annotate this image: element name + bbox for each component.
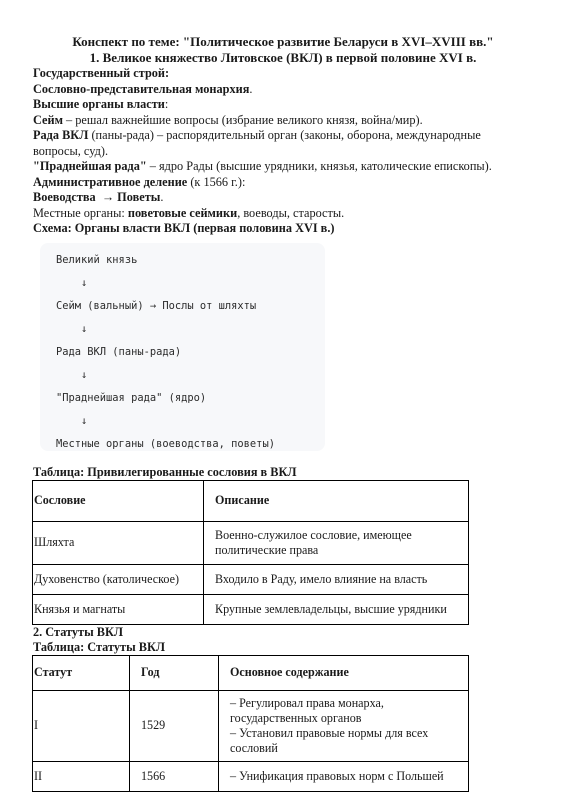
table-cell: – Регулировал права монарха, государстве…	[219, 690, 469, 761]
voev-line: Воеводства → Поветы.	[33, 190, 533, 206]
arrow-down-icon: ↓	[56, 410, 325, 433]
admin-note: (к 1566 г.):	[187, 175, 245, 189]
pradn-line: "Праднейшая рада" – ядро Рады (высшие ур…	[33, 159, 533, 175]
scheme-line: "Праднейшая рада" (ядро)	[56, 387, 325, 410]
table2-caption: Таблица: Статуты ВКЛ	[33, 640, 533, 655]
statutes-table: Статут Год Основное содержание I 1529 – …	[32, 655, 469, 792]
scheme-line: Местные органы (воеводства, поветы)	[56, 433, 325, 456]
higher-organs-line: Высшие органы власти:	[33, 97, 533, 113]
state-system-value: Сословно-представительная монархия	[33, 82, 249, 96]
table-header: Статут	[33, 655, 130, 690]
section-2-title: 2. Статуты ВКЛ	[33, 625, 533, 640]
arrow-down-icon: ↓	[56, 364, 325, 387]
scheme-line: Рада ВКЛ (паны-рада)	[56, 341, 325, 364]
local-organs-bold: поветовые сеймики	[128, 206, 237, 220]
table-cell: Военно-служилое сословие, имеющее полити…	[204, 521, 469, 564]
estates-table: Сословие Описание Шляхта Военно-служилое…	[32, 480, 469, 625]
arrow-down-icon: ↓	[56, 272, 325, 295]
table-row: I 1529 – Регулировал права монарха, госу…	[33, 690, 469, 761]
document-page: Конспект по теме: "Политическое развитие…	[33, 34, 533, 792]
state-system-line: Сословно-представительная монархия.	[33, 82, 533, 98]
document-title: Конспект по теме: "Политическое развитие…	[33, 34, 533, 50]
admin-label: Административное деление	[33, 175, 187, 189]
table-row: II 1566 – Унификация правовых норм с Пол…	[33, 761, 469, 791]
table-cell: II	[33, 761, 130, 791]
table-row: Духовенство (католическое) Входило в Рад…	[33, 564, 469, 594]
table-header-row: Сословие Описание	[33, 480, 469, 521]
table-cell: – Унификация правовых норм с Польшей	[219, 761, 469, 791]
pradn-term: "Праднейшая рада"	[33, 159, 147, 173]
table-cell: Шляхта	[33, 521, 204, 564]
table1-caption: Таблица: Привилегированные сословия в ВК…	[33, 465, 533, 480]
table-row: Князья и магнаты Крупные землевладельцы,…	[33, 594, 469, 624]
scheme-line: Великий князь	[56, 249, 325, 272]
rada-line: Рада ВКЛ (паны-рада) – распорядительный …	[33, 128, 493, 159]
scheme-code-block: Великий князь ↓ Сейм (вальный) → Послы о…	[40, 243, 325, 451]
table-cell: I	[33, 690, 130, 761]
seim-desc: – решал важнейшие вопросы (избрание вели…	[63, 113, 423, 127]
table-cell: Духовенство (католическое)	[33, 564, 204, 594]
state-system-label: Государственный строй:	[33, 66, 533, 82]
section-1-title: 1. Великое княжество Литовское (ВКЛ) в п…	[33, 50, 533, 66]
voev-povety: Воеводства → Поветы	[33, 190, 160, 204]
higher-organs-label: Высшие органы власти	[33, 97, 165, 111]
scheme-title: Схема: Органы власти ВКЛ (первая половин…	[33, 221, 533, 237]
table-header-row: Статут Год Основное содержание	[33, 655, 469, 690]
admin-line: Административное деление (к 1566 г.):	[33, 175, 533, 191]
table-cell: Князья и магнаты	[33, 594, 204, 624]
arrow-down-icon: ↓	[56, 318, 325, 341]
table-header: Основное содержание	[219, 655, 469, 690]
pradn-desc: – ядро Рады (высшие урядники, князья, ка…	[147, 159, 492, 173]
rada-term: Рада ВКЛ	[33, 128, 88, 142]
table-cell: 1566	[130, 761, 219, 791]
table-header: Сословие	[33, 480, 204, 521]
local-organs-line: Местные органы: поветовые сеймики, воево…	[33, 206, 533, 222]
table-header: Описание	[204, 480, 469, 521]
table-header: Год	[130, 655, 219, 690]
table-cell: Входило в Раду, имело влияние на власть	[204, 564, 469, 594]
scheme-line: Сейм (вальный) → Послы от шляхты	[56, 295, 325, 318]
table-cell: Крупные землевладельцы, высшие урядники	[204, 594, 469, 624]
rada-desc: (паны-рада) – распорядительный орган (за…	[33, 128, 481, 158]
seim-line: Сейм – решал важнейшие вопросы (избрание…	[33, 113, 533, 129]
seim-term: Сейм	[33, 113, 63, 127]
table-cell: 1529	[130, 690, 219, 761]
table-row: Шляхта Военно-служилое сословие, имеющее…	[33, 521, 469, 564]
